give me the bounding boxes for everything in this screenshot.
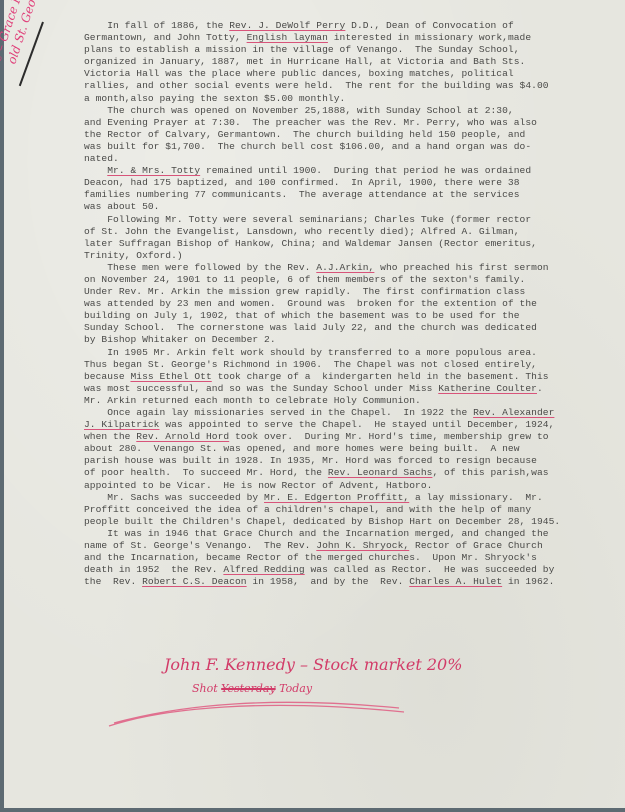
text-segment: because — [84, 371, 130, 382]
text-line: The church was opened on November 25,188… — [84, 105, 604, 117]
text-line: the Rector of Calvary, Germantown. The c… — [84, 129, 604, 141]
text-segment: about 280. Venango St. was opened, and m… — [84, 443, 520, 454]
underlined-name: Miss Ethel Ott — [130, 371, 211, 382]
underlined-name: Rev. Leonard Sachs — [328, 467, 433, 478]
handwritten-bottom-note: John F. Kennedy – Stock market 20% — [164, 655, 462, 674]
text-segment: a lay missionary. Mr. — [409, 492, 543, 503]
text-segment: Rector of Grace Church — [409, 540, 543, 551]
text-segment: These men were followed by the Rev. — [84, 262, 316, 273]
text-line: Thus began St. George's Richmond in 1906… — [84, 359, 604, 371]
underlined-name: Rev. Arnold Hord — [136, 431, 229, 442]
text-line: Under Rev. Mr. Arkin the mission grew ra… — [84, 286, 604, 298]
text-segment: was most successful, and so was the Sund… — [84, 383, 438, 394]
text-segment: was built for $1,700. The church bell co… — [84, 141, 531, 152]
text-segment: D.D., Dean of Convocation of — [345, 20, 513, 31]
text-line: appointed to be Vicar. He is now Rector … — [84, 480, 604, 492]
text-segment: later Suffragan Bishop of Hankow, China;… — [84, 238, 537, 249]
text-line: Germantown, and John Totty, English laym… — [84, 32, 604, 44]
text-line: These men were followed by the Rev. A.J.… — [84, 262, 604, 274]
underlined-name: Mr. E. Edgerton Proffitt, — [264, 492, 409, 503]
text-segment: In fall of 1886, the — [84, 20, 229, 31]
text-segment: Once again lay missionaries served in th… — [84, 407, 473, 418]
text-line: organized in January, 1887, met in Hurri… — [84, 56, 604, 68]
underlined-name: English layman — [247, 32, 328, 43]
underlined-name: A.J.Arkin, — [316, 262, 374, 273]
text-line: was about 50. — [84, 201, 604, 213]
text-segment: families numbering 77 communicants. The … — [84, 189, 520, 200]
text-segment: building on July 1, 1902, that of which … — [84, 310, 520, 321]
text-line: of St. John the Evangelist, Lansdown, wh… — [84, 226, 604, 238]
text-segment: Mr. Sachs was succeeded by — [84, 492, 264, 503]
text-segment: of poor health. To succeed Mr. Hord, the — [84, 467, 328, 478]
text-line: Mr. Sachs was succeeded by Mr. E. Edgert… — [84, 492, 604, 504]
text-segment: remained until 1900. During that period … — [200, 165, 531, 176]
text-segment: Following Mr. Totty were several seminar… — [84, 214, 531, 225]
handwritten-swoosh-underline — [104, 690, 424, 730]
text-line: and the Incarnation, became Rector of th… — [84, 552, 604, 564]
text-line: by Bishop Whitaker on December 2. — [84, 334, 604, 346]
underlined-name: Mr. & Mrs. Totty — [107, 165, 200, 176]
text-segment: was attended by 23 men and women. Ground… — [84, 298, 537, 309]
text-line: In fall of 1886, the Rev. J. DeWolf Perr… — [84, 20, 604, 32]
text-segment: . — [537, 383, 543, 394]
text-line: building on July 1, 1902, that of which … — [84, 310, 604, 322]
underlined-name: Rev. J. DeWolf Perry — [229, 20, 345, 31]
text-line: Mr. Arkin returned each month to celebra… — [84, 395, 604, 407]
text-segment: when the — [84, 431, 136, 442]
text-segment: parish house was built in 1928. In 1935,… — [84, 455, 537, 466]
underlined-name: Rev. Alexander — [473, 407, 554, 418]
text-line: was built for $1,700. The church bell co… — [84, 141, 604, 153]
text-segment: appointed to be Vicar. He is now Rector … — [84, 480, 432, 491]
text-line: Mr. & Mrs. Totty remained until 1900. Du… — [84, 165, 604, 177]
text-line: name of St. George's Venango. The Rev. J… — [84, 540, 604, 552]
text-segment: in 1958, and by the Rev. — [247, 576, 410, 587]
document-page: file – Grace Incarnation old St. George'… — [4, 0, 625, 808]
text-line: In 1905 Mr. Arkin felt work should by tr… — [84, 347, 604, 359]
text-segment: on November 24, 1901 to 11 people, 6 of … — [84, 274, 525, 285]
text-segment: and Evening Prayer at 7:30. The preacher… — [84, 117, 537, 128]
text-line: Sunday School. The cornerstone was laid … — [84, 322, 604, 334]
text-segment: took charge of a kindergarten held in th… — [212, 371, 549, 382]
text-line: families numbering 77 communicants. The … — [84, 189, 604, 201]
text-line: and Evening Prayer at 7:30. The preacher… — [84, 117, 604, 129]
text-segment: by Bishop Whitaker on December 2. — [84, 334, 276, 345]
text-segment: Under Rev. Mr. Arkin the mission grew ra… — [84, 286, 525, 297]
text-segment: It was in 1946 that Grace Church and the… — [84, 528, 549, 539]
text-segment: Trinity, Oxford.) — [84, 250, 183, 261]
text-segment: who preached his first sermon — [374, 262, 548, 273]
text-segment: was called as Rector. He was succeeded b… — [305, 564, 555, 575]
text-line: later Suffragan Bishop of Hankow, China;… — [84, 238, 604, 250]
text-line: a month,also paying the sexton $5.00 mon… — [84, 93, 604, 105]
text-line: Following Mr. Totty were several seminar… — [84, 214, 604, 226]
text-line: was most successful, and so was the Sund… — [84, 383, 604, 395]
text-segment: the Rector of Calvary, Germantown. The c… — [84, 129, 525, 140]
text-segment: was about 50. — [84, 201, 160, 212]
text-segment: the Rev. — [84, 576, 142, 587]
text-segment: nated. — [84, 153, 119, 164]
text-segment: took over. During Mr. Hord's time, membe… — [229, 431, 548, 442]
text-segment: of St. John the Evangelist, Lansdown, wh… — [84, 226, 520, 237]
text-segment: Deacon, had 175 baptized, and 100 confir… — [84, 177, 520, 188]
text-line: Once again lay missionaries served in th… — [84, 407, 604, 419]
text-line: rallies, and other social events were he… — [84, 80, 604, 92]
text-segment: Thus began St. George's Richmond in 1906… — [84, 359, 537, 370]
text-segment: Sunday School. The cornerstone was laid … — [84, 322, 537, 333]
text-segment: organized in January, 1887, met in Hurri… — [84, 56, 525, 67]
text-segment: Germantown, and John Totty, — [84, 32, 247, 43]
text-line: when the Rev. Arnold Hord took over. Dur… — [84, 431, 604, 443]
text-segment — [84, 165, 107, 176]
text-line: the Rev. Robert C.S. Deacon in 1958, and… — [84, 576, 604, 588]
text-segment: Victoria Hall was the place where public… — [84, 68, 514, 79]
text-line: Trinity, Oxford.) — [84, 250, 604, 262]
text-line: on November 24, 1901 to 11 people, 6 of … — [84, 274, 604, 286]
underlined-name: Alfred Redding — [223, 564, 304, 575]
text-segment: Mr. Arkin returned each month to celebra… — [84, 395, 421, 406]
text-segment: people built the Children's Chapel, dedi… — [84, 516, 560, 527]
text-line: Victoria Hall was the place where public… — [84, 68, 604, 80]
text-segment: a month,also paying the sexton $5.00 mon… — [84, 93, 345, 104]
text-line: was attended by 23 men and women. Ground… — [84, 298, 604, 310]
text-line: Proffitt conceived the idea of a childre… — [84, 504, 604, 516]
text-segment: plans to establish a mission in the vill… — [84, 44, 520, 55]
text-line: because Miss Ethel Ott took charge of a … — [84, 371, 604, 383]
text-line: people built the Children's Chapel, dedi… — [84, 516, 604, 528]
underlined-name: John K. Shryock, — [316, 540, 409, 551]
text-line: nated. — [84, 153, 604, 165]
text-segment: death in 1952 the Rev. — [84, 564, 223, 575]
text-line: death in 1952 the Rev. Alfred Redding wa… — [84, 564, 604, 576]
text-line: parish house was built in 1928. In 1935,… — [84, 455, 604, 467]
text-segment: in 1962. — [502, 576, 554, 587]
text-segment: rallies, and other social events were he… — [84, 80, 549, 91]
text-segment: was appointed to serve the Chapel. He st… — [160, 419, 555, 430]
underlined-name: J. Kilpatrick — [84, 419, 160, 430]
text-segment: name of St. George's Venango. The Rev. — [84, 540, 316, 551]
text-line: of poor health. To succeed Mr. Hord, the… — [84, 467, 604, 479]
text-line: plans to establish a mission in the vill… — [84, 44, 604, 56]
text-line: J. Kilpatrick was appointed to serve the… — [84, 419, 604, 431]
text-segment: interested in missionary work,made — [328, 32, 531, 43]
text-line: about 280. Venango St. was opened, and m… — [84, 443, 604, 455]
underlined-name: Katherine Coulter — [438, 383, 537, 394]
text-line: It was in 1946 that Grace Church and the… — [84, 528, 604, 540]
text-segment: The church was opened on November 25,188… — [84, 105, 514, 116]
underlined-name: Charles A. Hulet — [409, 576, 502, 587]
text-segment: , of this parish,was — [432, 467, 548, 478]
text-segment: In 1905 Mr. Arkin felt work should by tr… — [84, 347, 537, 358]
typewritten-body: In fall of 1886, the Rev. J. DeWolf Perr… — [84, 20, 604, 588]
handwritten-margin-note: file – Grace Incarnation old St. George'… — [0, 0, 62, 79]
text-line: Deacon, had 175 baptized, and 100 confir… — [84, 177, 604, 189]
text-segment: Proffitt conceived the idea of a childre… — [84, 504, 531, 515]
text-segment: and the Incarnation, became Rector of th… — [84, 552, 537, 563]
underlined-name: Robert C.S. Deacon — [142, 576, 247, 587]
